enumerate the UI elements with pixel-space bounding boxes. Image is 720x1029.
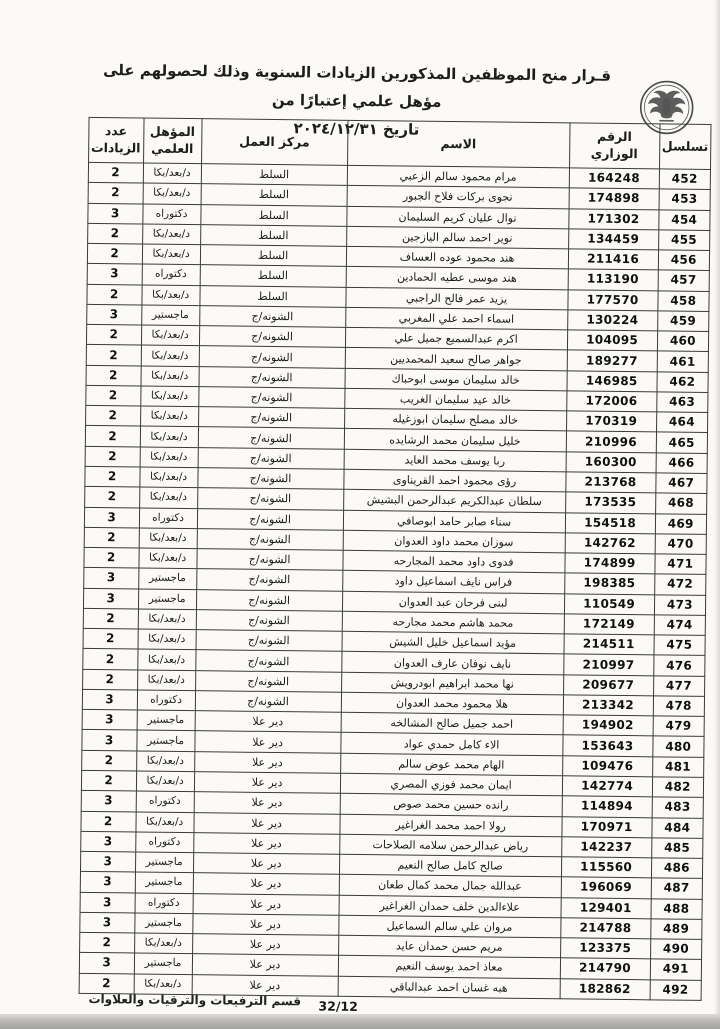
work-center-cell: دير علا <box>194 772 340 794</box>
increments-count-cell: 3 <box>84 507 139 528</box>
ministry-number-cell: 130224 <box>567 310 657 331</box>
ministry-number-cell: 214790 <box>560 958 650 979</box>
increments-count-cell: 2 <box>85 426 140 447</box>
ministry-number-cell: 214511 <box>564 634 654 655</box>
ministry-number-cell: 160300 <box>566 452 656 473</box>
name-cell: خالد مصلح سليمان ابوزغيله <box>344 409 566 432</box>
serial-cell: 455 <box>658 230 710 251</box>
increments-count-cell: 3 <box>79 953 134 974</box>
name-cell: يزيد عمر فالح الراجبي <box>346 287 568 310</box>
footer-department-label: قسم الترفيعات والترقيات والعلاوات <box>88 992 301 1008</box>
increments-count-cell: 3 <box>79 912 134 933</box>
increments-count-cell: 2 <box>82 649 137 670</box>
header-ministry-number: الرقم الوزاري <box>569 123 660 169</box>
name-cell: ربا يوسف محمد العايد <box>344 449 566 472</box>
increments-count-cell: 2 <box>81 750 136 771</box>
increments-count-cell: 3 <box>81 791 136 812</box>
increments-count-cell: 2 <box>83 608 138 629</box>
increments-count-cell: 3 <box>80 872 135 893</box>
qualification-cell: د/بعد/بكا <box>141 345 199 366</box>
work-center-cell: السلط <box>200 204 346 226</box>
name-cell: فدوى داود محمد المجارحه <box>343 550 565 573</box>
serial-cell: 477 <box>653 675 705 696</box>
name-cell: لبنى فرحان عبد العدوان <box>342 591 564 614</box>
ministry-number-cell: 104095 <box>567 330 657 351</box>
work-center-cell: دير علا <box>192 934 338 956</box>
ministry-number-cell: 213768 <box>565 472 655 493</box>
name-cell: مروان علي سالم السماعيل <box>338 915 560 938</box>
name-cell: فراس نايف اسماعيل داود <box>342 571 564 594</box>
work-center-cell: الشونه/ج <box>196 569 342 591</box>
qualification-cell: د/بعد/بكا <box>140 386 198 407</box>
ministry-number-cell: 171302 <box>568 208 658 229</box>
name-cell: سوزان محمد داود العدوان <box>343 530 565 553</box>
serial-cell: 468 <box>655 493 707 514</box>
qualification-cell: دكتوراه <box>137 690 195 711</box>
qualification-cell: دكتوراه <box>139 508 197 529</box>
increments-count-cell: 3 <box>80 851 135 872</box>
scan-right-edge-shade <box>714 0 720 1029</box>
serial-cell: 471 <box>654 554 706 575</box>
serial-cell: 461 <box>657 351 709 372</box>
name-cell: سناء صابر حامد ابوصافي <box>343 510 565 533</box>
name-cell: رؤى محمود احمد القريناوى <box>343 469 565 492</box>
ministry-number-cell: 134459 <box>568 229 658 250</box>
serial-cell: 457 <box>658 270 710 291</box>
ministry-number-cell: 194902 <box>563 715 653 736</box>
serial-cell: 475 <box>654 635 706 656</box>
ministry-number-cell: 129401 <box>561 897 651 918</box>
increments-count-cell: 2 <box>84 547 139 568</box>
serial-cell: 486 <box>651 858 703 879</box>
increments-count-cell: 3 <box>87 264 142 285</box>
qualification-cell: ماجستير <box>135 872 193 893</box>
name-cell: خالد عيد سليمان الغريب <box>344 388 566 411</box>
qualification-cell: د/بعد/بكا <box>137 670 195 691</box>
increments-count-cell: 3 <box>82 689 137 710</box>
serial-cell: 469 <box>655 513 707 534</box>
qualification-cell: د/بعد/بكا <box>141 366 199 387</box>
header-increments-count: عدد الزيادات <box>88 117 144 163</box>
work-center-cell: دير علا <box>192 913 338 935</box>
serial-cell: 476 <box>653 655 705 676</box>
serial-cell: 479 <box>653 716 705 737</box>
increments-count-cell: 2 <box>86 325 141 346</box>
ministry-number-cell: 210996 <box>566 431 656 452</box>
increments-count-cell: 3 <box>83 568 138 589</box>
work-center-cell: الشونه/ج <box>198 387 344 409</box>
serial-cell: 487 <box>651 878 703 899</box>
work-center-cell: دير علا <box>192 954 338 976</box>
increments-count-cell: 3 <box>86 304 141 325</box>
ministry-number-cell: 142762 <box>565 533 655 554</box>
serial-cell: 454 <box>658 209 710 230</box>
serial-cell: 474 <box>654 615 706 636</box>
name-cell: سلطان عبدالكريم عبدالرحمن البشيش <box>343 490 565 513</box>
serial-cell: 483 <box>652 797 704 818</box>
name-cell: نوال عليان كريم السليمان <box>346 206 568 229</box>
serial-cell: 473 <box>654 594 706 615</box>
increments-count-cell: 3 <box>87 203 142 224</box>
qualification-cell: دكتوراه <box>135 832 193 853</box>
qualification-cell: ماجستير <box>135 852 193 873</box>
ministry-number-cell: 153643 <box>562 735 652 756</box>
serial-cell: 463 <box>656 392 708 413</box>
qualification-cell: د/بعد/بكا <box>141 325 199 346</box>
serial-cell: 490 <box>650 939 702 960</box>
work-center-cell: السلط <box>201 164 347 186</box>
qualification-cell: د/بعد/بكا <box>139 528 197 549</box>
work-center-cell: الشونه/ج <box>195 650 341 672</box>
serial-cell: 467 <box>655 473 707 494</box>
name-cell: خليل سليمان محمد الرشايده <box>344 429 566 452</box>
name-cell: علاءالدين خلف حمدان الغراغير <box>339 895 561 918</box>
increments-count-cell: 2 <box>82 669 137 690</box>
work-center-cell: الشونه/ج <box>197 488 343 510</box>
serial-cell: 465 <box>656 432 708 453</box>
work-center-cell: الشونه/ج <box>196 589 342 611</box>
serial-cell: 459 <box>657 311 709 332</box>
increments-count-cell: 2 <box>88 183 143 204</box>
name-cell: صالح كامل صالح النعيم <box>339 854 561 877</box>
serial-cell: 472 <box>654 574 706 595</box>
increments-count-cell: 2 <box>84 487 139 508</box>
increments-count-cell: 2 <box>87 284 142 305</box>
qualification-cell: د/بعد/بكا <box>138 609 196 630</box>
ministry-number-cell: 123375 <box>560 938 650 959</box>
name-cell: هلا محمود محمد العدوان <box>341 692 563 715</box>
serial-cell: 452 <box>659 169 711 190</box>
increments-count-cell: 3 <box>81 730 136 751</box>
name-cell: نها محمد ابراهيم ابودرويش <box>341 672 563 695</box>
name-cell: محمد هاشم محمد مجارحه <box>342 611 564 634</box>
serial-cell: 481 <box>652 757 704 778</box>
qualification-cell: د/بعد/بكا <box>142 224 200 245</box>
qualification-cell: دكتوراه <box>142 204 200 225</box>
work-center-cell: الشونه/ج <box>196 630 342 652</box>
increments-count-cell: 2 <box>81 811 136 832</box>
increments-count-cell: 2 <box>88 162 143 183</box>
increments-count-cell: 2 <box>79 973 134 994</box>
qualification-cell: د/بعد/بكا <box>136 751 194 772</box>
ministry-number-cell: 196069 <box>561 877 651 898</box>
increments-count-cell: 2 <box>86 365 141 386</box>
qualification-cell: د/بعد/بكا <box>143 163 201 184</box>
increments-count-cell: 3 <box>80 831 135 852</box>
increments-count-cell: 2 <box>79 932 134 953</box>
serial-cell: 466 <box>656 453 708 474</box>
work-center-cell: الشونه/ج <box>198 407 344 429</box>
serial-cell: 470 <box>655 534 707 555</box>
work-center-cell: الشونه/ج <box>199 326 345 348</box>
name-cell: احمد جميل صالح المشالخه <box>341 712 563 735</box>
qualification-cell: د/بعد/بكا <box>140 426 198 447</box>
work-center-cell: الشونه/ج <box>198 427 344 449</box>
increments-count-cell: 2 <box>81 770 136 791</box>
work-center-cell: السلط <box>200 245 346 267</box>
ministry-number-cell: 213342 <box>563 695 653 716</box>
work-center-cell: الشونه/ج <box>197 549 343 571</box>
serial-cell: 478 <box>653 696 705 717</box>
scanned-page-background: قـرار منح الموظفين المذكورين الزيادات ال… <box>0 0 720 1029</box>
ministry-number-cell: 110549 <box>564 593 654 614</box>
serial-cell: 456 <box>658 250 710 271</box>
qualification-cell: د/بعد/بكا <box>137 649 195 670</box>
qualification-cell: دكتوراه <box>136 791 194 812</box>
work-center-cell: دير علا <box>193 893 339 915</box>
scanner-bottom-edge <box>0 1014 720 1029</box>
work-center-cell: الشونه/ج <box>197 528 343 550</box>
serial-cell: 485 <box>651 838 703 859</box>
qualification-cell: ماجستير <box>134 913 192 934</box>
qualification-cell: د/بعد/بكا <box>142 285 200 306</box>
qualification-cell: د/بعد/بكا <box>140 447 198 468</box>
work-center-cell: دير علا <box>193 832 339 854</box>
qualification-cell: د/بعد/بكا <box>134 933 192 954</box>
work-center-cell: دير علا <box>193 853 339 875</box>
name-cell: الاء كامل حمدي عواد <box>340 733 562 756</box>
ministry-number-cell: 170319 <box>566 411 656 432</box>
increments-count-cell: 2 <box>83 628 138 649</box>
work-center-cell: الشونه/ج <box>195 670 341 692</box>
ministry-number-cell: 142237 <box>561 837 651 858</box>
qualification-cell: د/بعد/بكا <box>134 974 192 995</box>
qualification-cell: د/بعد/بكا <box>142 244 200 265</box>
increments-count-cell: 2 <box>85 406 140 427</box>
qualification-cell: ماجستير <box>134 953 192 974</box>
name-cell: نوير احمد سالم اليازجين <box>346 226 568 249</box>
work-center-cell: السلط <box>200 285 346 307</box>
work-center-cell: دير علا <box>194 751 340 773</box>
increments-count-cell: 2 <box>86 345 141 366</box>
work-center-cell: السلط <box>201 184 347 206</box>
serial-cell: 482 <box>652 777 704 798</box>
work-center-cell: السلط <box>200 265 346 287</box>
serial-cell: 480 <box>652 736 704 757</box>
header-qualification: المؤهل العلمي <box>143 118 202 164</box>
increments-count-cell: 3 <box>82 710 137 731</box>
qualification-cell: د/بعد/بكا <box>136 811 194 832</box>
title-line-1: قـرار منح الموظفين المذكورين الزيادات ال… <box>81 57 634 119</box>
serial-cell: 462 <box>657 372 709 393</box>
work-center-cell: دير علا <box>195 711 341 733</box>
qualification-cell: ماجستير <box>138 568 196 589</box>
ministry-number-cell: 177570 <box>567 289 657 310</box>
qualification-cell: د/بعد/بكا <box>139 467 197 488</box>
ministry-number-cell: 174899 <box>565 553 655 574</box>
ministry-number-cell: 173535 <box>565 492 655 513</box>
work-center-cell: الشونه/ج <box>197 508 343 530</box>
work-center-cell: الشونه/ج <box>198 447 344 469</box>
work-center-cell: الشونه/ج <box>199 306 345 328</box>
work-center-cell: دير علا <box>193 873 339 895</box>
name-cell: اكرم عبدالسميع جميل علي <box>345 327 567 350</box>
name-cell: نايف نوفان عارف العدوان <box>341 652 563 675</box>
serial-cell: 492 <box>650 979 702 1000</box>
work-center-cell: الشونه/ج <box>199 366 345 388</box>
qualification-cell: د/بعد/بكا <box>138 629 196 650</box>
ministry-number-cell: 172149 <box>564 614 654 635</box>
ministry-number-cell: 182862 <box>560 978 650 999</box>
name-cell: جواهر صالح سعيد المحمديين <box>345 348 567 371</box>
name-cell: اسماء احمد علي المغربي <box>345 307 567 330</box>
qualification-cell: د/بعد/بكا <box>139 548 197 569</box>
serial-cell: 488 <box>651 898 703 919</box>
name-cell: رولا احمد محمد الغراغير <box>340 814 562 837</box>
increments-count-cell: 2 <box>87 223 142 244</box>
increments-count-cell: 2 <box>84 527 139 548</box>
name-cell: رياض عبدالرحمن سلامه الصلاحات <box>339 834 561 857</box>
records-table-body: 452164248مرام محمود سالم الزعبيالسلطد/بع… <box>79 162 711 1000</box>
serial-cell: 460 <box>657 331 709 352</box>
increments-count-cell: 2 <box>85 385 140 406</box>
qualification-cell: ماجستير <box>141 305 199 326</box>
serial-cell: 464 <box>656 412 708 433</box>
work-center-cell: الشونه/ج <box>196 609 342 631</box>
ministry-number-cell: 172006 <box>566 391 656 412</box>
serial-cell: 453 <box>659 189 711 210</box>
serial-cell: 484 <box>652 817 704 838</box>
serial-cell: 458 <box>657 290 709 311</box>
ministry-number-cell: 164248 <box>569 168 659 189</box>
header-work-center: مركز العمل <box>201 119 348 166</box>
qualification-cell: ماجستير <box>138 589 196 610</box>
qualification-cell: دكتوراه <box>135 893 193 914</box>
name-cell: الهام محمد عوض سالم <box>340 753 562 776</box>
serial-cell: 491 <box>650 959 702 980</box>
ministry-number-cell: 113190 <box>568 269 658 290</box>
work-center-cell: الشونه/ج <box>195 691 341 713</box>
ministry-number-cell: 109476 <box>562 756 652 777</box>
name-cell: هند موسى عطيه الحمادين <box>346 267 568 290</box>
increments-count-cell: 2 <box>85 446 140 467</box>
ministry-number-cell: 154518 <box>565 512 655 533</box>
name-cell: نجوى بركات فلاح الجبور <box>347 186 569 209</box>
ministry-number-cell: 170971 <box>562 816 652 837</box>
ministry-number-cell: 142774 <box>562 776 652 797</box>
qualification-cell: د/بعد/بكا <box>140 406 198 427</box>
serial-cell: 489 <box>650 919 702 940</box>
work-center-cell: دير علا <box>194 792 340 814</box>
header-serial: تسلسل <box>659 124 711 170</box>
ministry-number-cell: 209677 <box>563 674 653 695</box>
name-cell: مؤيد اسماعيل خليل الشيش <box>342 631 564 654</box>
page-number: 32/12 <box>318 999 358 1014</box>
work-center-cell: الشونه/ج <box>199 346 345 368</box>
qualification-cell: د/بعد/بكا <box>136 771 194 792</box>
ministry-number-cell: 114894 <box>562 796 652 817</box>
ministry-number-cell: 115560 <box>561 857 651 878</box>
name-cell: مرام محمود سالم الزعبي <box>347 165 569 188</box>
ministry-number-cell: 210997 <box>563 654 653 675</box>
ministry-number-cell: 146985 <box>567 370 657 391</box>
qualification-cell: د/بعد/بكا <box>139 487 197 508</box>
increments-count-cell: 3 <box>83 588 138 609</box>
ministry-number-cell: 211416 <box>568 249 658 270</box>
ministry-number-cell: 174898 <box>569 188 659 209</box>
increments-count-cell: 2 <box>87 243 142 264</box>
increments-count-cell: 3 <box>80 892 135 913</box>
qualification-cell: ماجستير <box>136 730 194 751</box>
name-cell: هبه غسان احمد عبدالباقي <box>338 976 560 999</box>
work-center-cell: السلط <box>200 224 346 246</box>
scan-tilt-wrapper: قـرار منح الموظفين المذكورين الزيادات ال… <box>0 0 720 1029</box>
ministry-number-cell: 198385 <box>564 573 654 594</box>
work-center-cell: دير علا <box>194 731 340 753</box>
name-cell: مريم حسن حمدان عايد <box>338 935 560 958</box>
employees-increments-table: تسلسل الرقم الوزاري الاسم مركز العمل الم… <box>78 117 711 1001</box>
ministry-number-cell: 214788 <box>560 918 650 939</box>
table-header-row: تسلسل الرقم الوزاري الاسم مركز العمل الم… <box>88 117 711 169</box>
work-center-cell: الشونه/ج <box>197 468 343 490</box>
name-cell: ايمان محمد فوزي المصري <box>340 773 562 796</box>
name-cell: عبدالله جمال محمد كمال طعان <box>339 875 561 898</box>
qualification-cell: د/بعد/بكا <box>143 183 201 204</box>
qualification-cell: ماجستير <box>137 710 195 731</box>
name-cell: معاذ احمد يوسف النعيم <box>338 956 560 979</box>
name-cell: خالد سليمان موسى ابوحباك <box>345 368 567 391</box>
ministry-number-cell: 189277 <box>567 350 657 371</box>
name-cell: رانده حسين محمد صوص <box>340 794 562 817</box>
name-cell: هند محمود عوده العساف <box>346 246 568 269</box>
header-name: الاسم <box>347 120 569 168</box>
work-center-cell: دير علا <box>194 812 340 834</box>
increments-count-cell: 2 <box>84 466 139 487</box>
qualification-cell: دكتوراه <box>142 264 200 285</box>
